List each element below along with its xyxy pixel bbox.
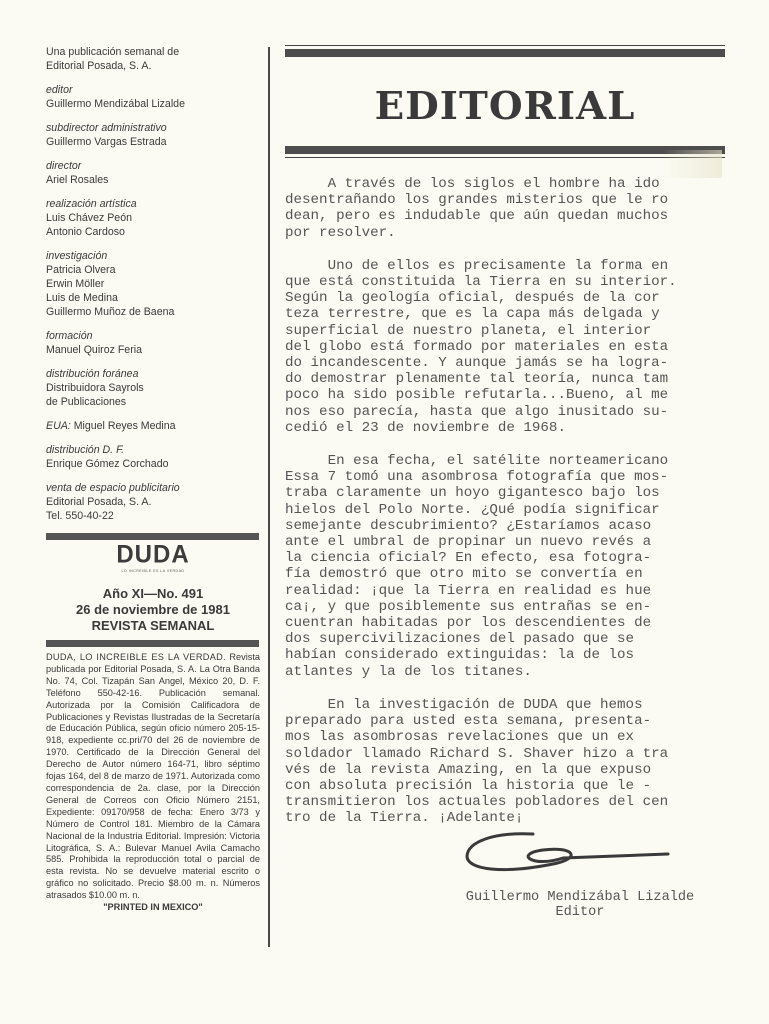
credit-name: Guillermo Mendizábal Lizalde (46, 97, 260, 111)
credit-role: subdirector administrativo (46, 121, 260, 135)
editorial-title: EDITORIAL (281, 87, 730, 125)
credit-name: Enrique Gómez Corchado (46, 457, 260, 471)
credit-entry: investigaciónPatricia OlveraErwin Möller… (46, 249, 260, 319)
credit-role: distribución D. F. (46, 443, 260, 457)
credit-name: Ariel Rosales (46, 173, 260, 187)
credit-entry: distribución D. F.Enrique Gómez Corchado (46, 443, 260, 471)
credit-name: Antonio Cardoso (46, 225, 260, 239)
credit-name: Tel. 550-40-22 (46, 509, 260, 523)
masthead-column: Una publicación semanal de Editorial Pos… (46, 45, 260, 914)
credit-name: Distribuidora Sayrols (46, 381, 260, 395)
credit-name: Manuel Quiroz Feria (46, 343, 260, 357)
editorial-paragraph: Uno de ellos es precisamente la forma en… (285, 258, 735, 436)
credit-entry: distribución foráneaDistribuidora Sayrol… (46, 367, 260, 409)
column-divider (268, 47, 270, 947)
credit-entry: directorAriel Rosales (46, 159, 260, 187)
issue-info: Año XI—No. 491 26 de noviembre de 1981 R… (46, 586, 260, 634)
credit-role: investigación (46, 249, 260, 263)
signature-title: Editor (430, 905, 730, 920)
credit-name: Luis de Medina (46, 291, 260, 305)
credit-name: Luis Chávez Peón (46, 211, 260, 225)
credit-name: Guillermo Muñoz de Baena (46, 305, 260, 319)
credits-list: editorGuillermo Mendizábal Lizaldesubdir… (46, 83, 260, 523)
legal-fine-print: DUDA, LO INCREIBLE ES LA VERDAD. Revista… (46, 652, 260, 914)
printed-in-mexico: "PRINTED IN MEXICO" (46, 902, 260, 914)
print-bleed-mark (662, 150, 722, 178)
publisher-intro: Una publicación semanal de Editorial Pos… (46, 45, 260, 73)
fine-print-heading: DUDA, LO INCREIBLE ES LA VERDAD. (46, 652, 226, 662)
fine-print-body: Revista publicada por Editorial Posada, … (46, 652, 260, 900)
issue-type: REVISTA SEMANAL (46, 618, 260, 634)
credit-entry: subdirector administrativoGuillermo Varg… (46, 121, 260, 149)
divider-band (46, 640, 259, 647)
editorial-body: A través de los siglos el hombre ha ido … (285, 176, 735, 827)
intro-line: Editorial Posada, S. A. (46, 59, 260, 73)
signature-icon (463, 828, 673, 878)
credit-entry: editorGuillermo Mendizábal Lizalde (46, 83, 260, 111)
signature-block: Guillermo Mendizábal Lizalde Editor (430, 890, 730, 920)
credit-role: director (46, 159, 260, 173)
issue-date: 26 de noviembre de 1981 (46, 602, 260, 618)
intro-line: Una publicación semanal de (46, 45, 260, 59)
credit-role: realización artística (46, 197, 260, 211)
credit-name: Erwin Möller (46, 277, 260, 291)
editorial-paragraph: A través de los siglos el hombre ha ido … (285, 176, 735, 241)
credit-role: EUA: (46, 420, 71, 432)
credit-entry: venta de espacio publicitarioEditorial P… (46, 481, 260, 523)
rule-thick-bottom (285, 146, 725, 154)
credit-entry: EUA: Miguel Reyes Medina (46, 419, 260, 433)
credit-name: Miguel Reyes Medina (74, 420, 176, 432)
credit-name: Editorial Posada, S. A. (46, 495, 260, 509)
rule-thick-top (285, 49, 725, 57)
editorial-paragraph: En la investigación de DUDA que hemos pr… (285, 697, 735, 827)
credit-name: Guillermo Vargas Estrada (46, 135, 260, 149)
editorial-column: EDITORIAL A través de los siglos el homb… (285, 45, 725, 844)
editorial-paragraph: En esa fecha, el satélite norteamericano… (285, 453, 735, 680)
credit-name: de Publicaciones (46, 395, 260, 409)
rule-thin-top (285, 45, 725, 46)
credit-role: editor (46, 83, 260, 97)
rule-thin-bottom (285, 157, 725, 158)
credit-entry: realización artísticaLuis Chávez PeónAnt… (46, 197, 260, 239)
credit-role: formación (46, 329, 260, 343)
credit-entry: formaciónManuel Quiroz Feria (46, 329, 260, 357)
credit-role: distribución foránea (46, 367, 260, 381)
signature-name: Guillermo Mendizábal Lizalde (430, 890, 730, 905)
duda-logo-block: DUDA LO INCREIBLE ES LA VERDAD Año XI—No… (46, 548, 260, 634)
credit-name: Patricia Olvera (46, 263, 260, 277)
duda-logo: DUDA (116, 548, 189, 563)
issue-number: Año XI—No. 491 (46, 586, 260, 602)
divider-band (46, 533, 259, 540)
credit-role: venta de espacio publicitario (46, 481, 260, 495)
